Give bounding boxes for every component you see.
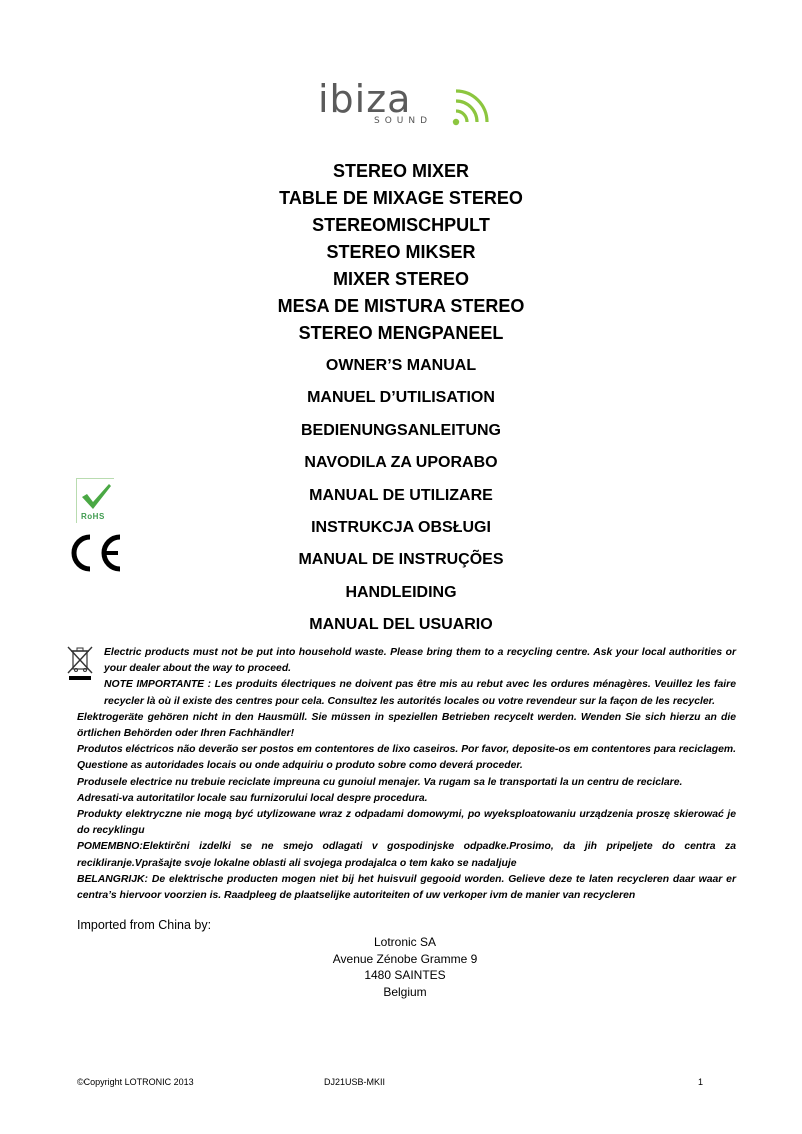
logo-subtitle: SOUND [374,116,432,126]
manual-title: MANUAL DEL USUARIO [0,609,802,641]
manual-title-list: OWNER’S MANUAL MANUEL D’UTILISATION BEDI… [0,350,802,642]
manual-title: OWNER’S MANUAL [0,350,802,382]
ce-mark-icon [66,532,124,574]
notice-romanian-1: Produsele electrice nu trebuie reciclate… [77,775,736,791]
product-title: MESA DE MISTURA STEREO [0,293,802,320]
recycling-notice: Electric products must not be put into h… [77,645,736,904]
footer-model: DJ21USB-MKII [324,1077,385,1087]
footer-copyright: ©Copyright LOTRONIC 2013 [77,1077,194,1087]
notice-french: NOTE IMPORTANTE : Les produits électriqu… [77,677,736,709]
importer-address: Lotronic SA Avenue Zénobe Gramme 9 1480 … [305,934,505,1000]
notice-german: Elektrogeräte gehören nicht in den Hausm… [77,710,736,742]
product-title: STEREO MIKSER [0,239,802,266]
notice-english: Electric products must not be put into h… [77,645,736,677]
ibiza-sound-logo: ibiza SOUND [318,80,498,130]
sound-waves-icon [450,84,492,128]
rohs-checkmark-icon [80,481,112,511]
manual-title: NAVODILA ZA UPORABO [0,447,802,479]
footer-page-number: 1 [698,1077,703,1087]
address-line: 1480 SAINTES [305,967,505,984]
manual-title: HANDLEIDING [0,577,802,609]
address-line: Avenue Zénobe Gramme 9 [305,951,505,968]
logo-wordmark: ibiza [318,80,411,118]
manual-title: BEDIENUNGSANLEITUNG [0,415,802,447]
notice-slovenian: POMEMBNO:Elektirčni izdelki se ne smejo … [77,839,736,871]
manual-title: MANUEL D’UTILISATION [0,382,802,414]
manual-title: MANUAL DE UTILIZARE [0,480,802,512]
rohs-label: RoHS [81,512,105,521]
product-title-list: STEREO MIXER TABLE DE MIXAGE STEREO STER… [0,158,802,347]
notice-dutch: BELANGRIJK: De elektrische producten mog… [77,872,736,904]
rohs-badge: RoHS [76,478,114,523]
product-title: STEREO MENGPANEEL [0,320,802,347]
notice-romanian-2: Adresati-va autoritatilor locale sau fur… [77,791,736,807]
product-title: TABLE DE MIXAGE STEREO [0,185,802,212]
address-line: Belgium [305,984,505,1001]
notice-portuguese: Produtos eléctricos não deverão ser post… [77,742,736,774]
importer-label: Imported from China by: [77,918,211,932]
notice-polish: Produkty elektryczne nie mogą być utyliz… [77,807,736,839]
address-line: Lotronic SA [305,934,505,951]
product-title: MIXER STEREO [0,266,802,293]
product-title: STEREO MIXER [0,158,802,185]
product-title: STEREOMISCHPULT [0,212,802,239]
